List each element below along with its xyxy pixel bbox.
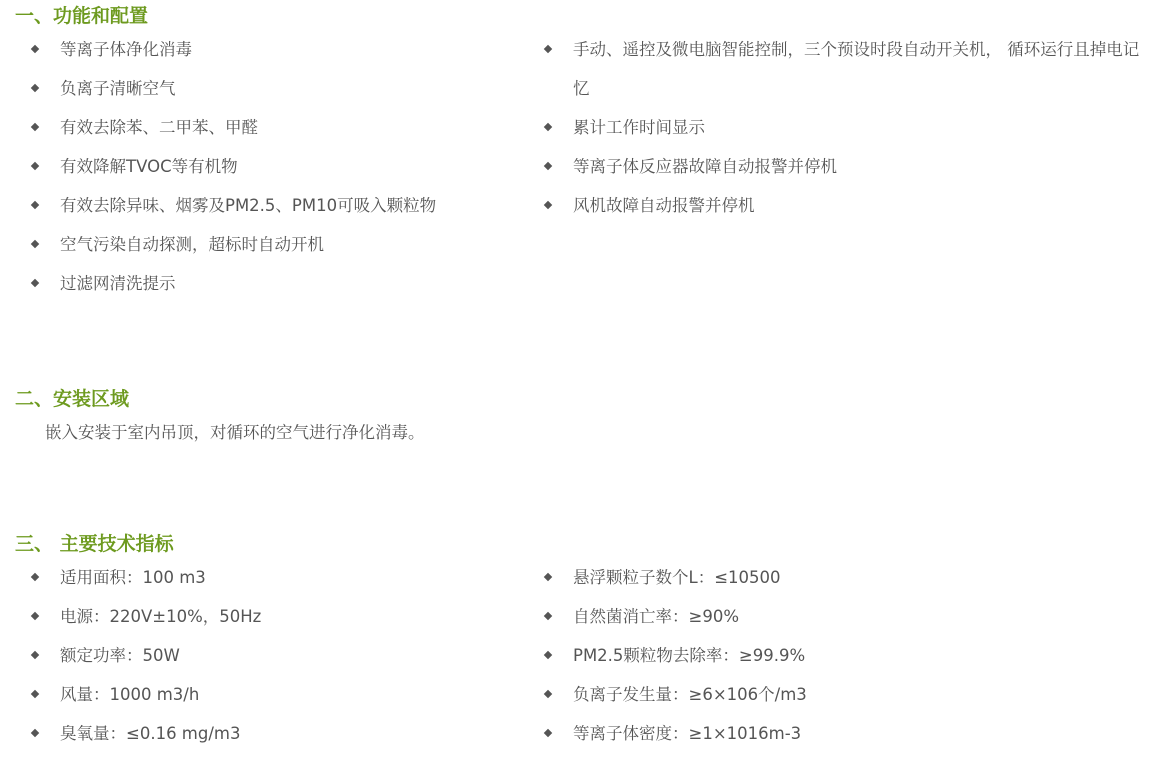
diamond-bullet-icon bbox=[544, 729, 552, 737]
diamond-bullet-icon bbox=[544, 651, 552, 659]
list-item: 有效降解TVOC等有机物 bbox=[32, 147, 512, 186]
list-item-text: 风量：1000 m3/h bbox=[60, 685, 199, 704]
list-item: 风量：1000 m3/h bbox=[32, 675, 512, 714]
list-item-text: 等离子体反应器故障自动报警并停机 bbox=[573, 157, 837, 176]
section-title-installation: 二、安装区域 bbox=[15, 387, 129, 411]
list-item-text: 负离子发生量：≥6×106个/m3 bbox=[573, 685, 807, 704]
list-item: 等离子体净化消毒 bbox=[32, 30, 512, 69]
list-item-text: 适用面积：100 m3 bbox=[60, 568, 206, 587]
list-item-text: 负离子清晰空气 bbox=[60, 79, 176, 98]
list-item-text: 悬浮颗粒子数个L：≤10500 bbox=[573, 568, 781, 587]
diamond-bullet-icon bbox=[31, 84, 39, 92]
list-item: 电源：220V±10%，50Hz bbox=[32, 597, 512, 636]
diamond-bullet-icon bbox=[31, 690, 39, 698]
specs-list-right: 悬浮颗粒子数个L：≤10500 自然菌消亡率：≥90% PM2.5颗粒物去除率：… bbox=[545, 558, 1145, 753]
diamond-bullet-icon bbox=[31, 612, 39, 620]
list-item-text: 空气污染自动探测，超标时自动开机 bbox=[60, 235, 324, 254]
features-list-right: 手动、遥控及微电脑智能控制，三个预设时段自动开关机， 循环运行且掉电记忆 累计工… bbox=[545, 30, 1145, 225]
list-item: 风机故障自动报警并停机 bbox=[545, 186, 1145, 225]
list-item: 累计工作时间显示 bbox=[545, 108, 1145, 147]
diamond-bullet-icon bbox=[544, 162, 552, 170]
diamond-bullet-icon bbox=[31, 123, 39, 131]
list-item-text: PM2.5颗粒物去除率：≥99.9% bbox=[573, 646, 805, 665]
diamond-bullet-icon bbox=[31, 729, 39, 737]
list-item-text: 臭氧量：≤0.16 mg/m3 bbox=[60, 724, 241, 743]
list-item-text: 有效去除苯、二甲苯、甲醛 bbox=[60, 118, 258, 137]
section-title-specs: 三、 主要技术指标 bbox=[15, 532, 174, 556]
list-item: 等离子体密度：≥1×1016m-3 bbox=[545, 714, 1145, 753]
diamond-bullet-icon bbox=[31, 240, 39, 248]
diamond-bullet-icon bbox=[31, 45, 39, 53]
list-item: 适用面积：100 m3 bbox=[32, 558, 512, 597]
list-item: 额定功率：50W bbox=[32, 636, 512, 675]
diamond-bullet-icon bbox=[544, 45, 552, 53]
features-list-left: 等离子体净化消毒 负离子清晰空气 有效去除苯、二甲苯、甲醛 有效降解TVOC等有… bbox=[32, 30, 512, 303]
diamond-bullet-icon bbox=[31, 651, 39, 659]
list-item: 手动、遥控及微电脑智能控制，三个预设时段自动开关机， 循环运行且掉电记忆 bbox=[545, 30, 1145, 108]
list-item-text: 等离子体净化消毒 bbox=[60, 40, 192, 59]
list-item-text: 电源：220V±10%，50Hz bbox=[60, 607, 261, 626]
list-item: 自然菌消亡率：≥90% bbox=[545, 597, 1145, 636]
section-title-features: 一、功能和配置 bbox=[15, 4, 148, 28]
list-item: 有效去除异味、烟雾及PM2.5、PM10可吸入颗粒物 bbox=[32, 186, 512, 225]
list-item-text: 自然菌消亡率：≥90% bbox=[573, 607, 739, 626]
diamond-bullet-icon bbox=[31, 162, 39, 170]
list-item-text: 风机故障自动报警并停机 bbox=[573, 196, 755, 215]
list-item-text: 有效降解TVOC等有机物 bbox=[60, 157, 238, 176]
installation-description: 嵌入安装于室内吊顶，对循环的空气进行净化消毒。 bbox=[45, 421, 425, 445]
specs-list-left: 适用面积：100 m3 电源：220V±10%，50Hz 额定功率：50W 风量… bbox=[32, 558, 512, 753]
list-item-text: 有效去除异味、烟雾及PM2.5、PM10可吸入颗粒物 bbox=[60, 196, 436, 215]
diamond-bullet-icon bbox=[31, 279, 39, 287]
diamond-bullet-icon bbox=[544, 690, 552, 698]
list-item: 负离子清晰空气 bbox=[32, 69, 512, 108]
list-item: 悬浮颗粒子数个L：≤10500 bbox=[545, 558, 1145, 597]
diamond-bullet-icon bbox=[31, 573, 39, 581]
list-item: 负离子发生量：≥6×106个/m3 bbox=[545, 675, 1145, 714]
list-item-text: 累计工作时间显示 bbox=[573, 118, 705, 137]
list-item-text: 手动、遥控及微电脑智能控制，三个预设时段自动开关机， 循环运行且掉电记忆 bbox=[573, 30, 1145, 108]
list-item: 有效去除苯、二甲苯、甲醛 bbox=[32, 108, 512, 147]
list-item: 空气污染自动探测，超标时自动开机 bbox=[32, 225, 512, 264]
list-item: 臭氧量：≤0.16 mg/m3 bbox=[32, 714, 512, 753]
list-item-text: 额定功率：50W bbox=[60, 646, 180, 665]
diamond-bullet-icon bbox=[544, 123, 552, 131]
list-item-text: 等离子体密度：≥1×1016m-3 bbox=[573, 724, 801, 743]
diamond-bullet-icon bbox=[544, 573, 552, 581]
diamond-bullet-icon bbox=[544, 201, 552, 209]
diamond-bullet-icon bbox=[544, 612, 552, 620]
list-item: 过滤网清洗提示 bbox=[32, 264, 512, 303]
diamond-bullet-icon bbox=[31, 201, 39, 209]
list-item-text: 过滤网清洗提示 bbox=[60, 274, 176, 293]
list-item: PM2.5颗粒物去除率：≥99.9% bbox=[545, 636, 1145, 675]
list-item: 等离子体反应器故障自动报警并停机 bbox=[545, 147, 1145, 186]
